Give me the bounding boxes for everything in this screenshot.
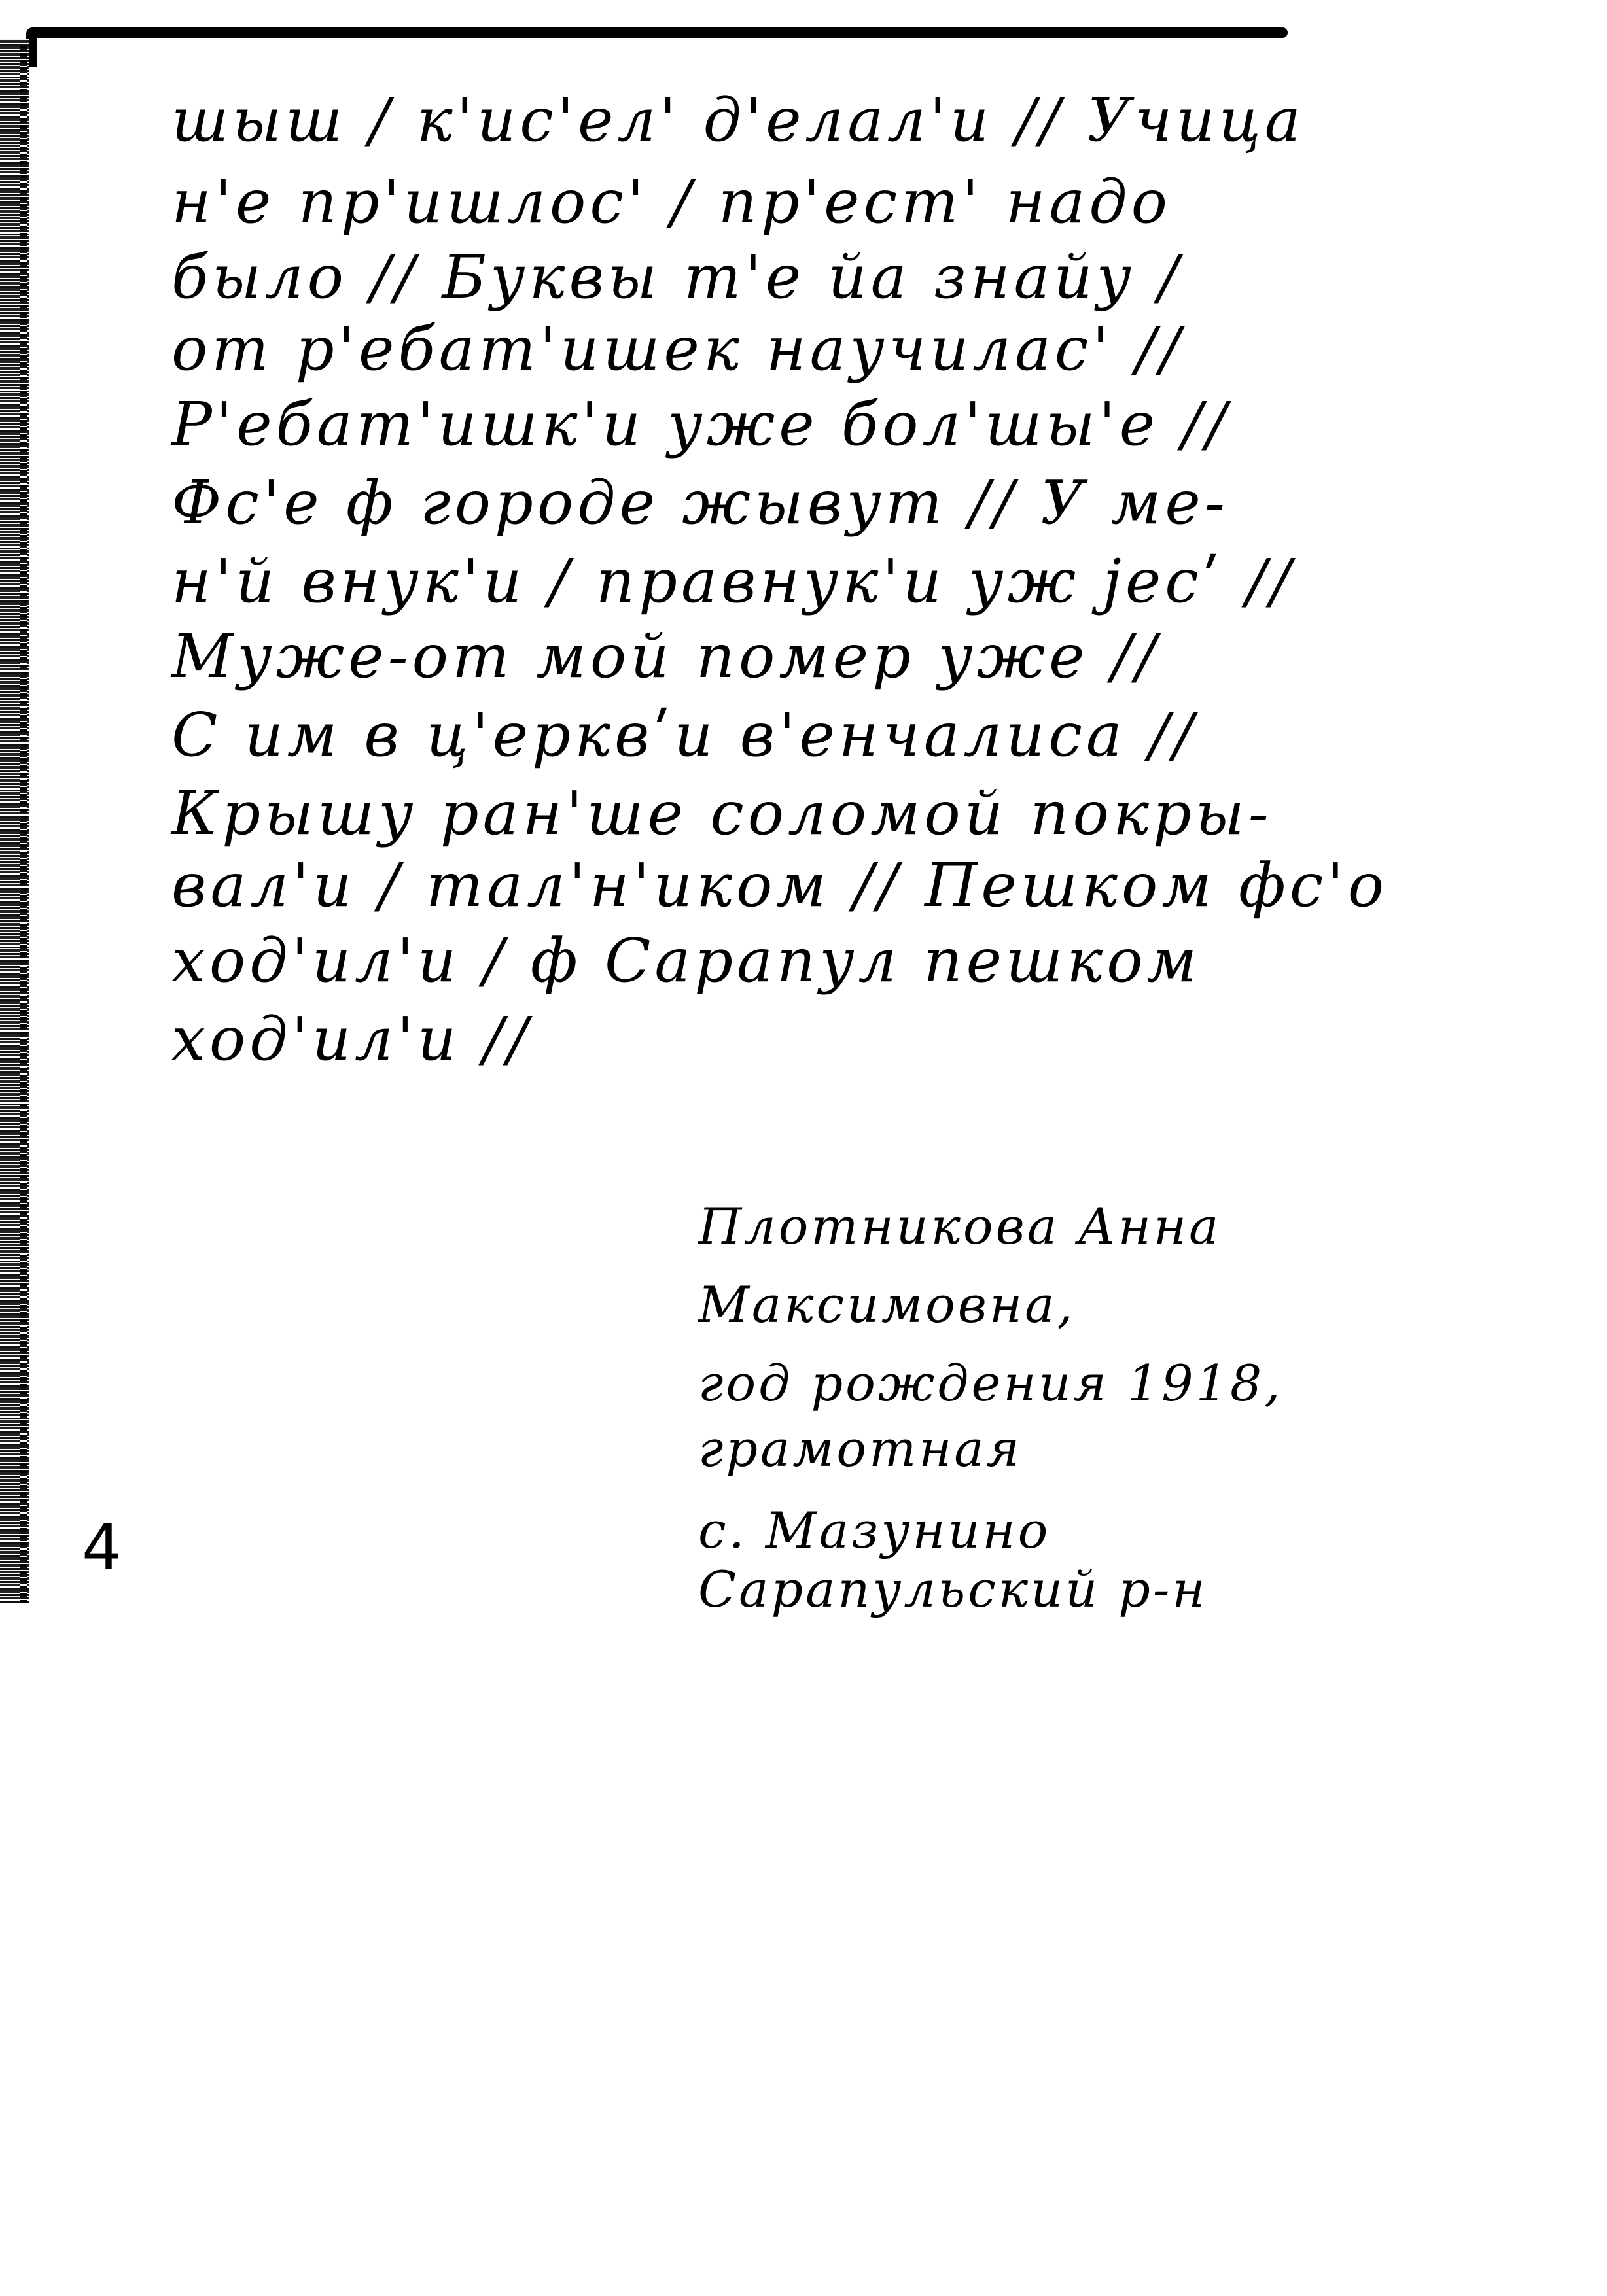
body-line-13: ход'ил'и //: [171, 1004, 531, 1074]
body-line-1: шыш / к'ис'ел' д'елал'и // Учица: [171, 85, 1305, 155]
body-line-2: н'е пр'ишлос' / пр'ест' надо: [171, 167, 1171, 237]
informant-literacy: грамотная: [698, 1419, 1022, 1478]
binding-edge-inner: [20, 46, 27, 1603]
body-line-3: было // Буквы т'е йа знайу /: [171, 242, 1182, 312]
scanned-page: шыш / к'ис'ел' д'елал'и // Учица н'е пр'…: [0, 0, 1607, 2296]
informant-surname-name: Плотникова Анна: [698, 1197, 1221, 1255]
page-number: 4: [82, 1511, 122, 1584]
top-border-rule: [26, 27, 1288, 38]
informant-patronymic: Максимовна,: [698, 1276, 1076, 1334]
body-line-10: Крышу ран'ше соломой покры-: [171, 778, 1273, 848]
body-line-4: от р'ебат'ишек научилас' //: [171, 314, 1184, 384]
informant-district: Сарапульский р-н: [698, 1560, 1208, 1618]
body-line-6: Фс'е ф городе жывут // У ме-: [171, 468, 1229, 538]
body-line-8: Муже-от мой помер уже //: [171, 621, 1160, 691]
body-line-7: н'й внук'и / правнук'и уж jесʹ //: [171, 546, 1295, 616]
body-line-12: ход'ил'и / ф Сарапул пешком: [171, 926, 1201, 996]
body-line-9: С им в ц'ерквʹи в'енчалиса //: [171, 700, 1197, 770]
body-line-5: Р'ебат'ишк'и уже бол'шы'е //: [171, 389, 1230, 459]
body-line-11: вал'и / тал'н'иком // Пешком фс'о: [171, 850, 1388, 920]
informant-village: с. Мазунино: [698, 1501, 1050, 1559]
informant-birth-year: год рождения 1918,: [698, 1354, 1283, 1412]
